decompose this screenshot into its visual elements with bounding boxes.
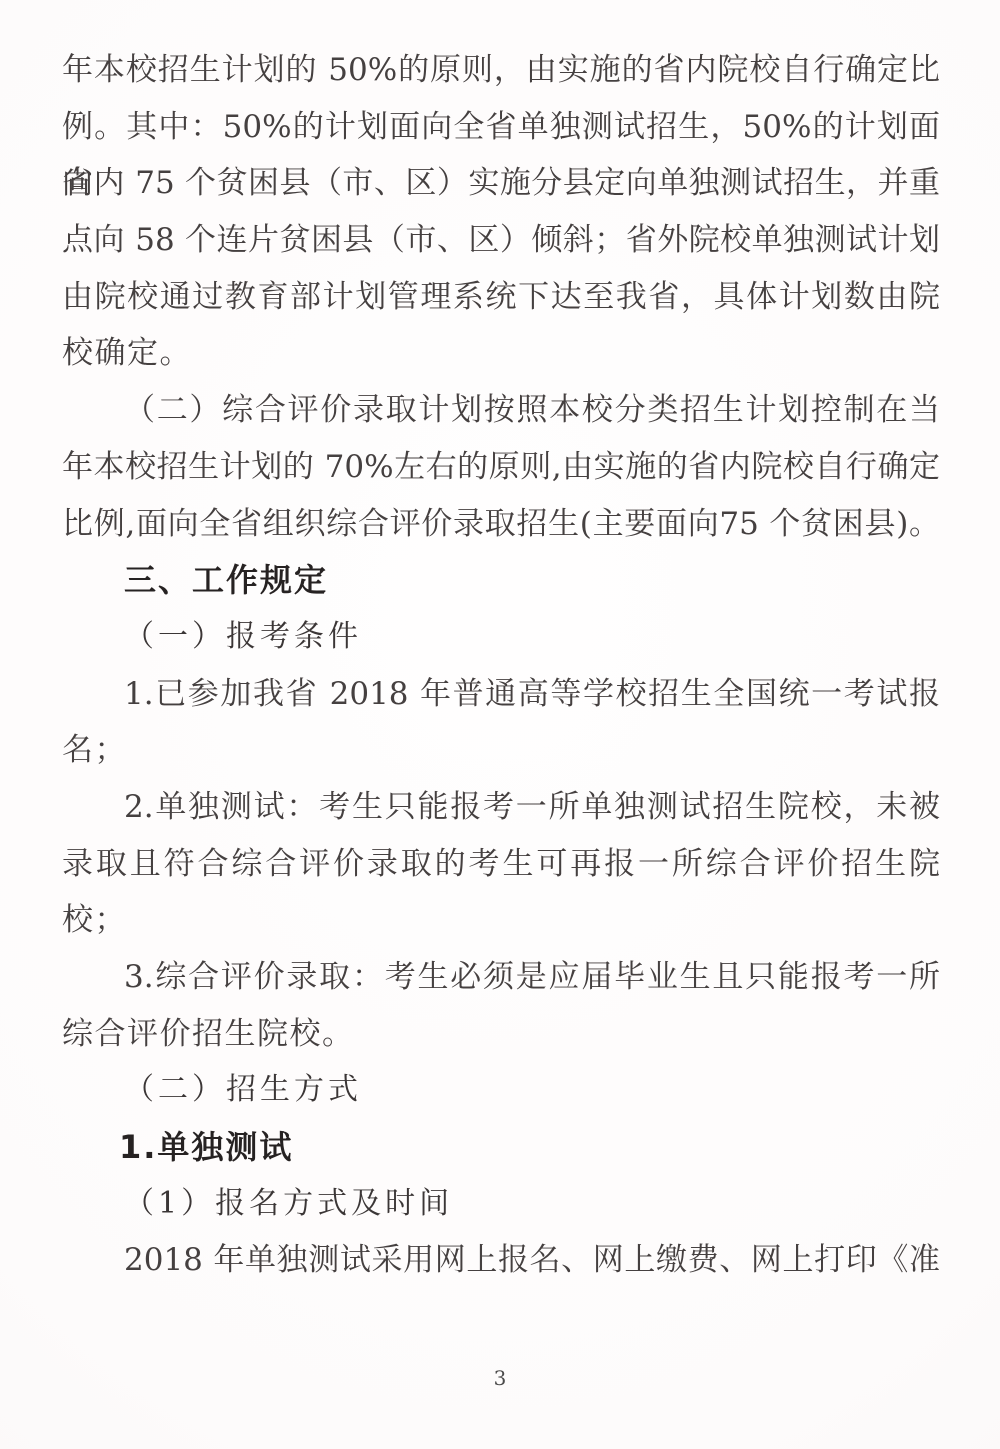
document-page: 年本校招生计划的 50%的原则，由实施的省内院校自行确定比例。其中：50%的计划… [0, 0, 1000, 1449]
text-line: 综合评价招生院校。 [62, 1006, 940, 1063]
text-line: 省内 75 个贫困县（市、区）实施分县定向单独测试招生，并重 [62, 155, 940, 212]
text-line: 校； [62, 892, 940, 949]
text-line: 点向 58 个连片贫困县（市、区）倾斜；省外院校单独测试计划 [62, 212, 940, 269]
text-line: 1.单独测试 [62, 1119, 940, 1176]
text-line: （1）报名方式及时间 [62, 1176, 940, 1233]
text-line: 2.单独测试：考生只能报考一所单独测试招生院校，未被 [62, 779, 940, 836]
text-line: 1.已参加我省 2018 年普通高等学校招生全国统一考试报 [62, 666, 940, 723]
text-line: 比例,面向全省组织综合评价录取招生(主要面向75 个贫困县)。 [62, 496, 940, 553]
text-line: 3.综合评价录取：考生必须是应届毕业生且只能报考一所 [62, 949, 940, 1006]
text-line: 年本校招生计划的 50%的原则，由实施的省内院校自行确定比 [62, 42, 940, 99]
text-line: （二）综合评价录取计划按照本校分类招生计划控制在当 [62, 382, 940, 439]
text-line: 例。其中：50%的计划面向全省单独测试招生，50%的计划面向 [62, 99, 940, 156]
text-line: 校确定。 [62, 325, 940, 382]
document-body: 年本校招生计划的 50%的原则，由实施的省内院校自行确定比例。其中：50%的计划… [62, 42, 940, 1289]
text-line: （二）招生方式 [62, 1062, 940, 1119]
text-line: 录取且符合综合评价录取的考生可再报一所综合评价招生院 [62, 836, 940, 893]
text-line: 由院校通过教育部计划管理系统下达至我省，具体计划数由院 [62, 269, 940, 326]
text-line: 三、工作规定 [62, 552, 940, 609]
text-line: （一）报考条件 [62, 609, 940, 666]
page-number: 3 [0, 1366, 1000, 1390]
text-line: 年本校招生计划的 70%左右的原则,由实施的省内院校自行确定 [62, 439, 940, 496]
text-line: 名； [62, 722, 940, 779]
text-line: 2018 年单独测试采用网上报名、网上缴费、网上打印《准 [62, 1232, 940, 1289]
